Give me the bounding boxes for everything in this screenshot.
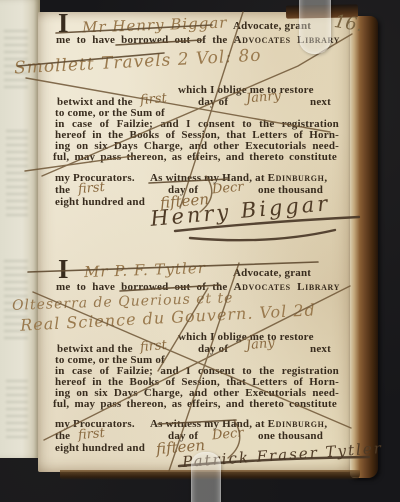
printed-next: next: [310, 96, 331, 108]
printed-next: next: [310, 343, 331, 355]
showthrough-text-smudge: [6, 130, 28, 220]
printed-borrowed-line: me to have borrowed out of the Advocates…: [56, 34, 340, 46]
book-fore-edge: [350, 16, 378, 478]
mounting-tab-bottom: [191, 452, 221, 502]
printed-witness-prefix: As witness my Hand, at: [150, 172, 268, 184]
handwritten-restore-day: first: [139, 338, 167, 355]
printed-witness-prefix: As witness my Hand, at: [150, 418, 268, 430]
printed-constitute-line: ful, may pass thereon, as effeirs, and t…: [53, 151, 337, 163]
handwritten-signed-day: first: [77, 180, 105, 197]
printed-day-of: day of: [198, 343, 228, 355]
printed-the: the: [55, 184, 70, 196]
handwritten-restore-month: Jany: [245, 336, 275, 353]
printed-the: the: [55, 430, 70, 442]
printed-day-of: day of: [198, 96, 228, 108]
printed-initial: I: [58, 12, 69, 34]
printed-eight-hundred: eight hundred and: [55, 196, 145, 208]
printed-library-name: Advocates Library: [234, 281, 340, 293]
printed-borrowed-prefix: me to have borrowed out of the: [56, 34, 234, 46]
printed-initial: I: [58, 258, 69, 280]
printed-one-thousand: one thousand: [258, 430, 323, 442]
handwritten-restore-month: Janry: [245, 89, 281, 107]
handwritten-signed-day: first: [77, 426, 105, 443]
mounting-tab-top: [299, 0, 331, 54]
handwritten-signed-month: Decr: [211, 426, 244, 444]
photographed-library-ledger: 16. I Mr Henry Biggar Advocate, grant me…: [0, 0, 400, 502]
printed-eight-hundred: eight hundred and: [55, 442, 145, 454]
handwritten-signed-month: Decr: [211, 180, 244, 198]
printed-advocate-grant: Advocate, grant: [233, 267, 311, 279]
printed-edinburgh: Edinburgh,: [268, 172, 328, 184]
handwritten-restore-day: first: [139, 91, 167, 108]
printed-edinburgh: Edinburgh,: [268, 418, 328, 430]
printed-constitute-line: ful, may pass thereon, as effeirs, and t…: [53, 398, 337, 410]
showthrough-text-smudge: [6, 380, 28, 440]
page-number: 16.: [333, 11, 365, 36]
